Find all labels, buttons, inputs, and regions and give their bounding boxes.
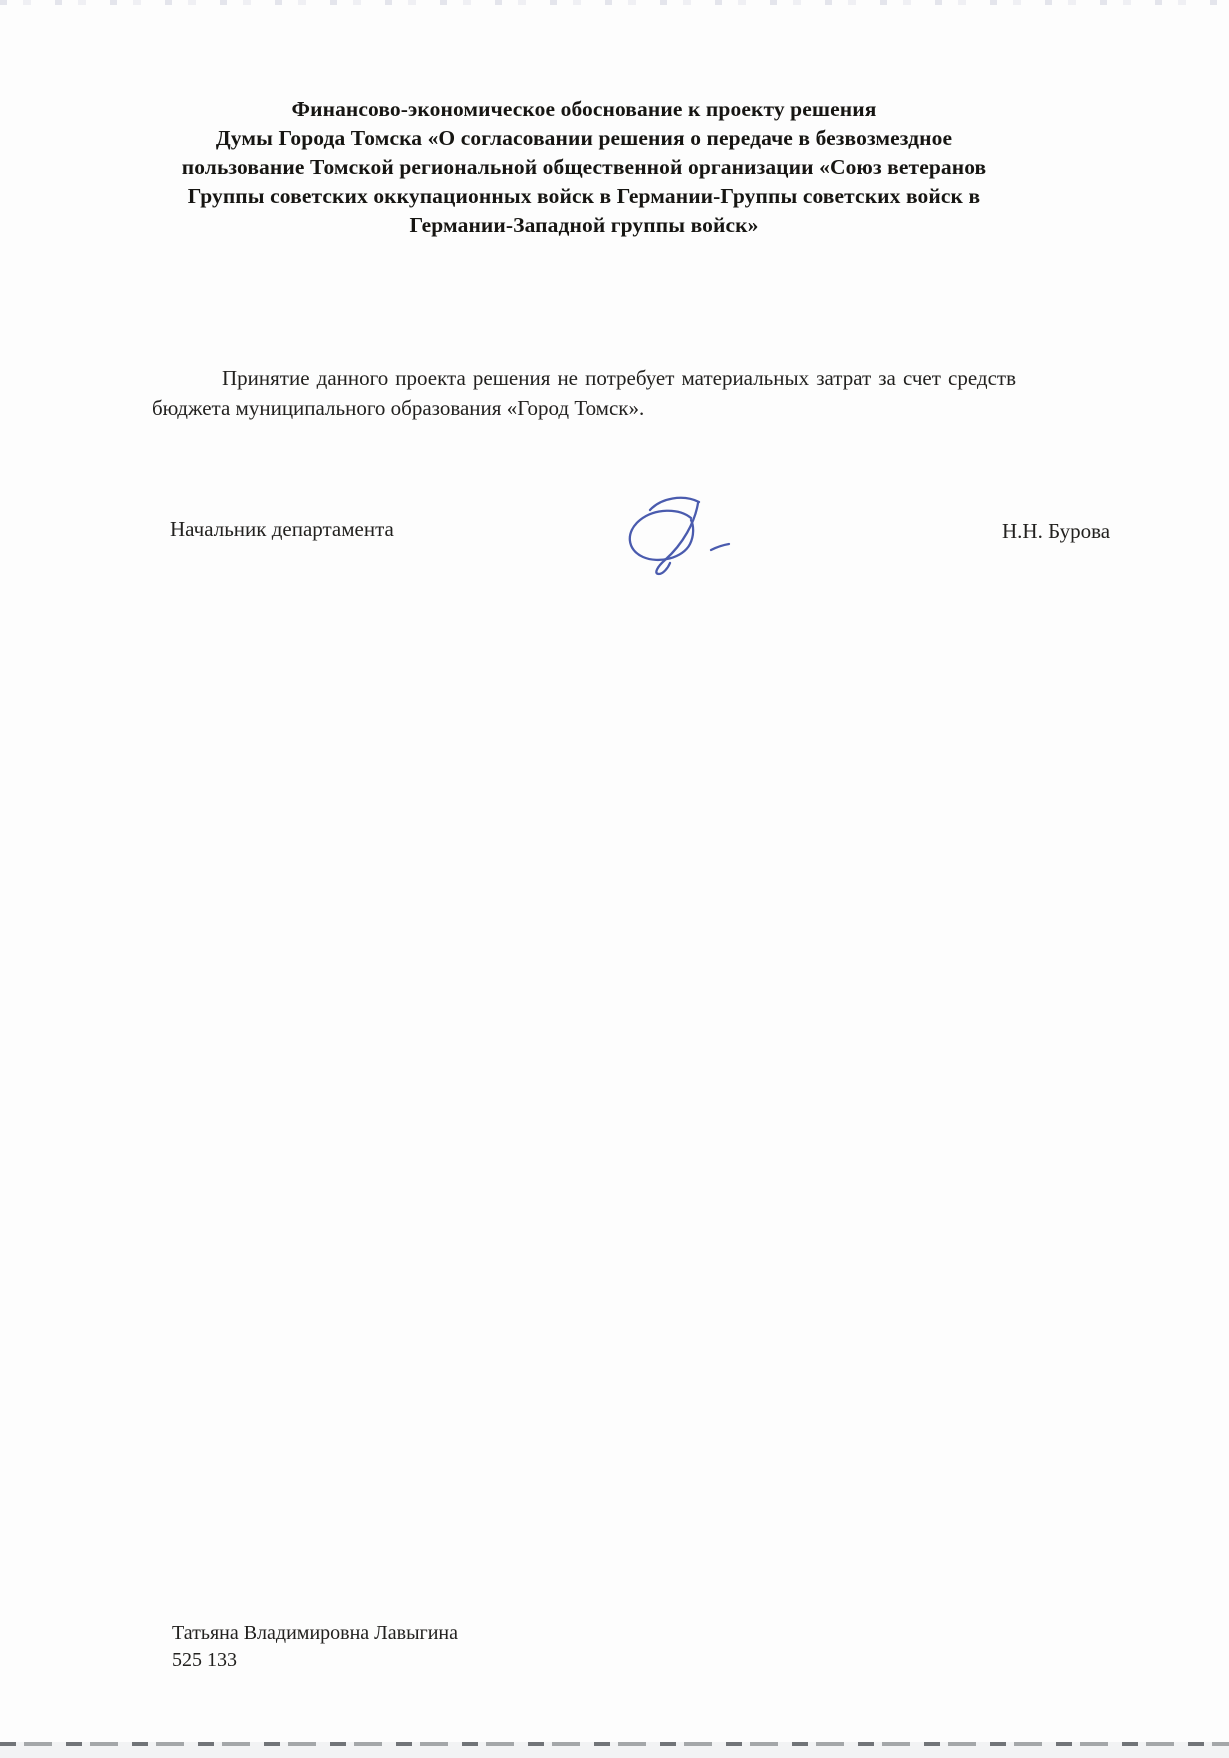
scan-edge-bottom xyxy=(0,1742,1229,1758)
title-line-2: Думы Города Томска «О согласовании решен… xyxy=(152,124,1016,153)
document-footer: Татьяна Владимировна Лавыгина 525 133 xyxy=(172,1620,458,1674)
title-line-4: Группы советских оккупационных войск в Г… xyxy=(152,182,1016,211)
signer-position-label: Начальник департамента xyxy=(170,517,394,542)
body-paragraph: Принятие данного проекта решения не потр… xyxy=(152,363,1016,423)
handwritten-signature-icon xyxy=(595,470,755,580)
executor-phone: 525 133 xyxy=(172,1647,458,1674)
title-line-5: Германии-Западной группы войск» xyxy=(152,211,1016,240)
document-title: Финансово-экономическое обоснование к пр… xyxy=(152,95,1016,240)
signer-name: Н.Н. Бурова xyxy=(1002,519,1110,544)
title-line-3: пользование Томской региональной обществ… xyxy=(152,153,1016,182)
title-line-1: Финансово-экономическое обоснование к пр… xyxy=(152,95,1016,124)
executor-name: Татьяна Владимировна Лавыгина xyxy=(172,1620,458,1647)
document-page: Финансово-экономическое обоснование к пр… xyxy=(0,0,1229,1758)
scan-noise-top xyxy=(0,0,1229,5)
